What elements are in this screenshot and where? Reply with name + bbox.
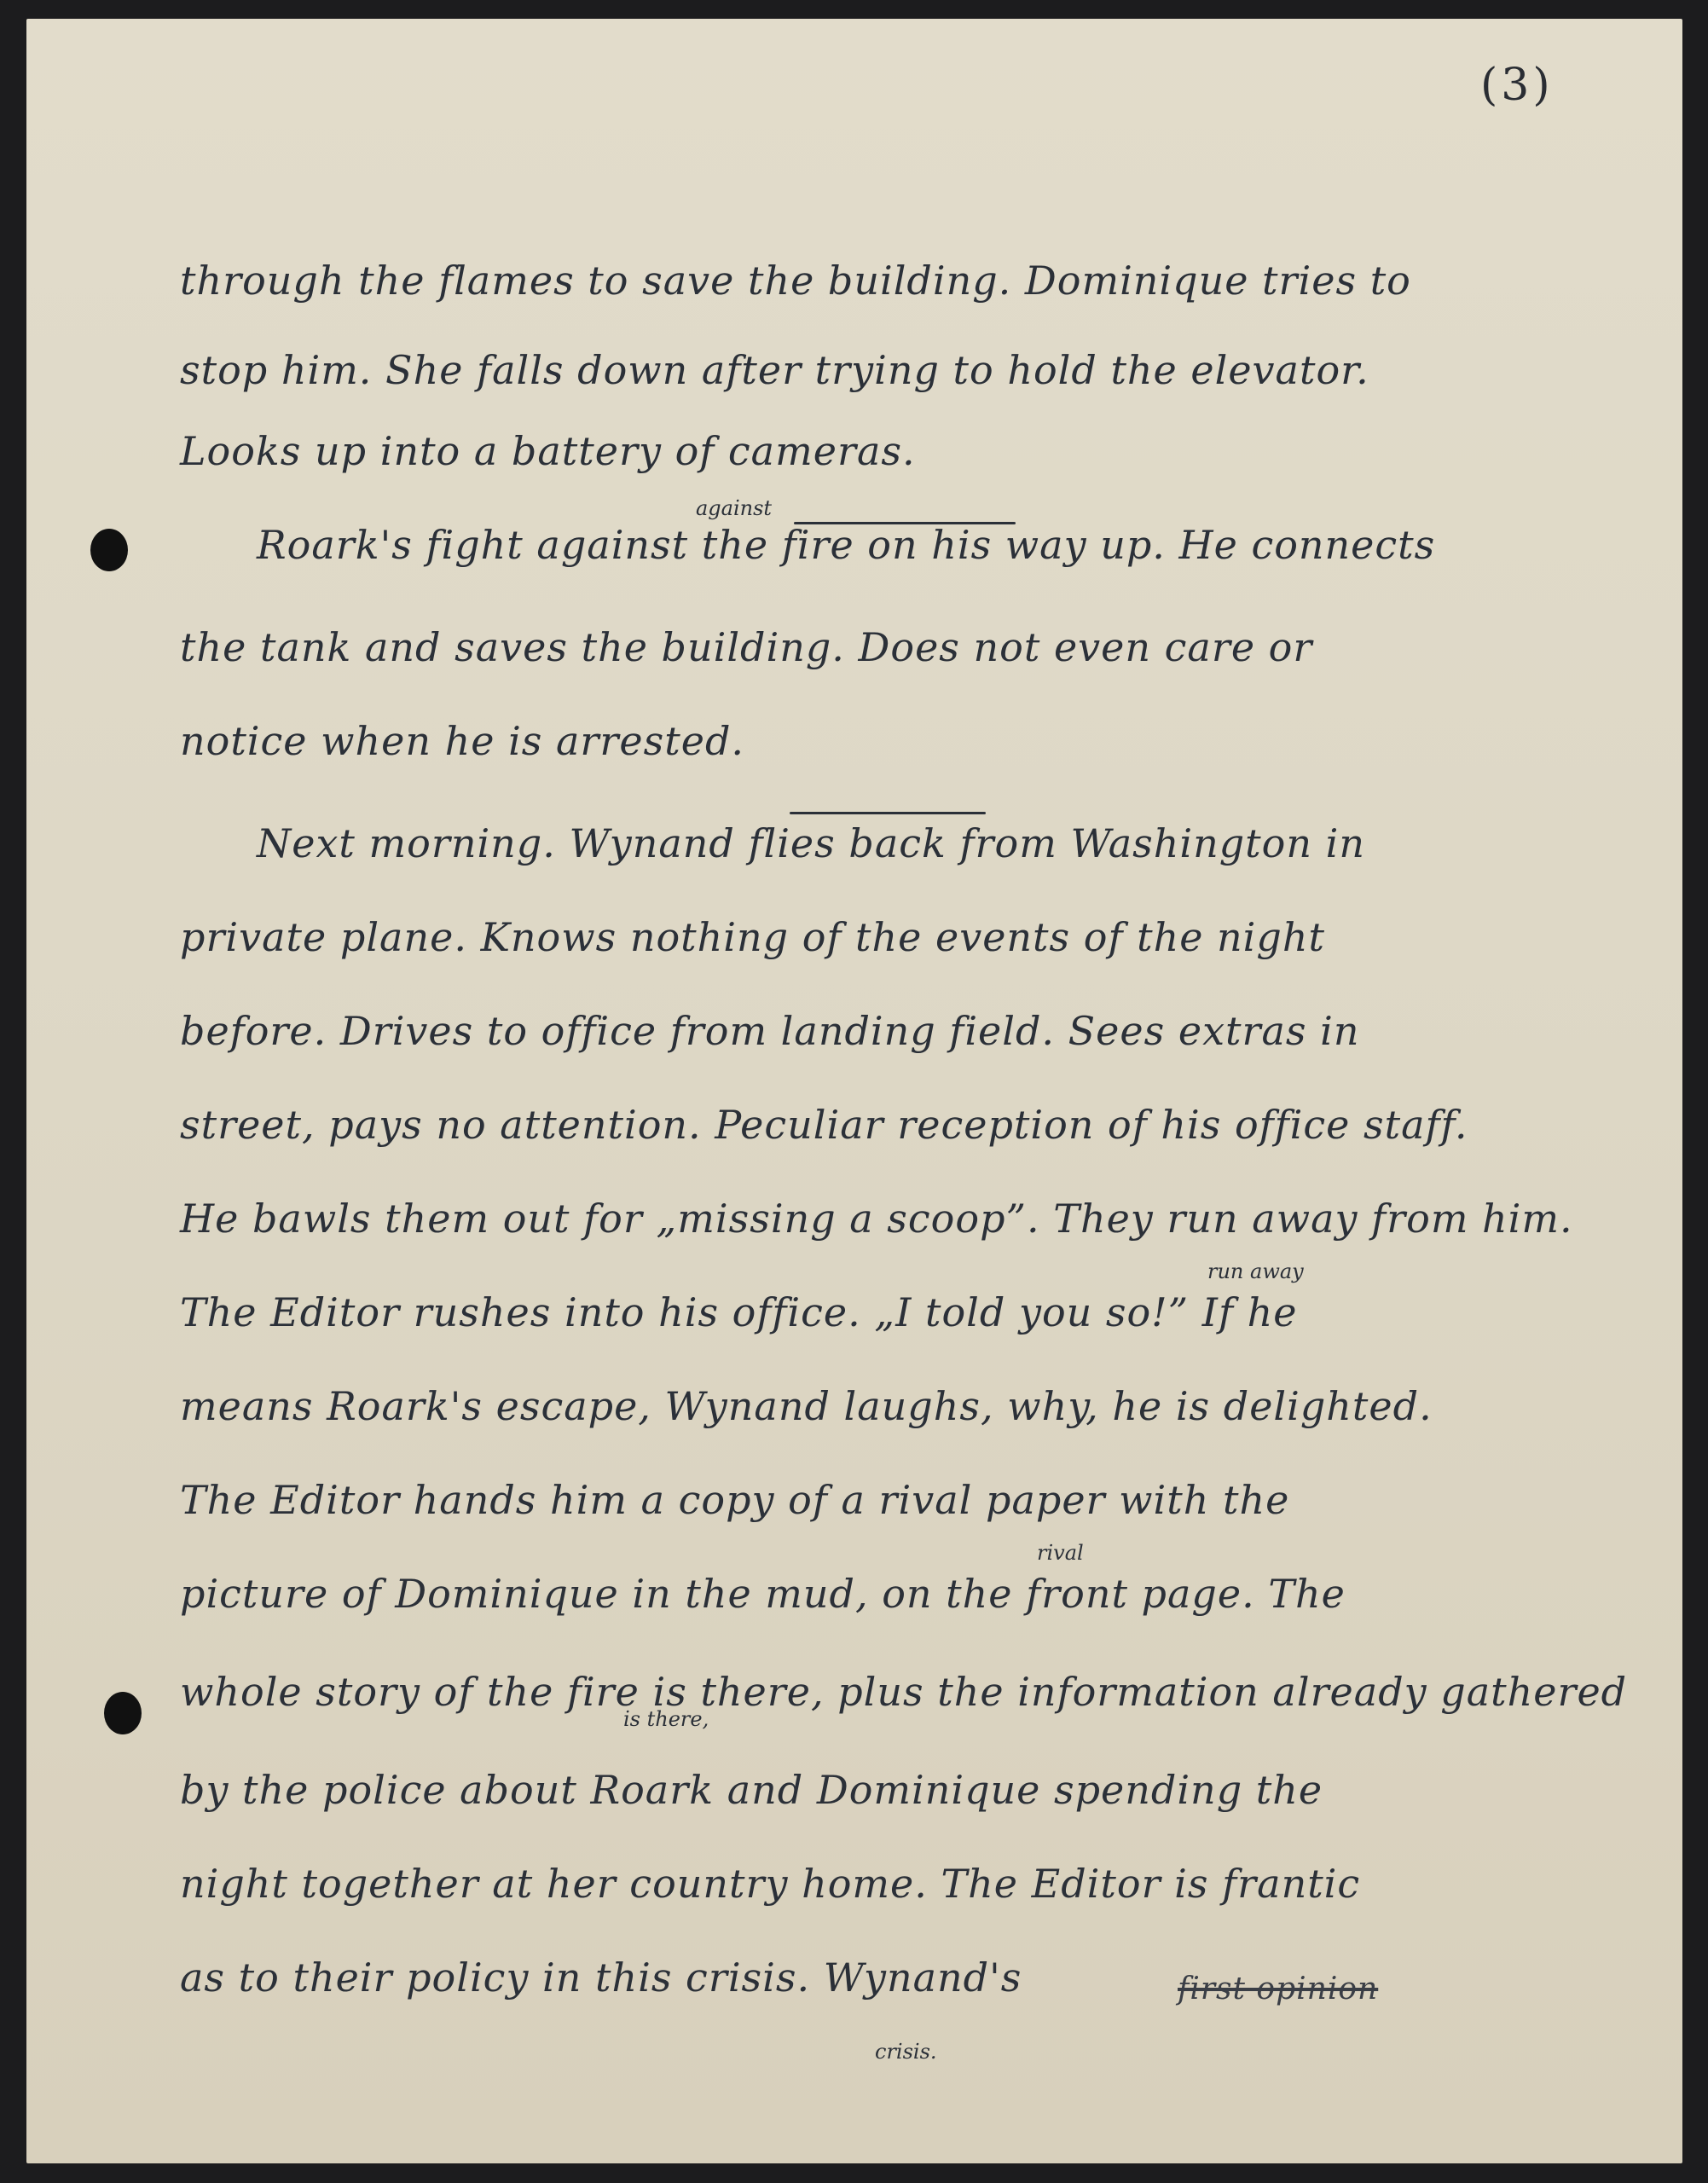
insert-run-away: run away [1207, 1259, 1304, 1283]
struck-text-end: first opinion [1178, 1972, 1378, 2006]
text-line-6: notice when he is arrested. [180, 718, 1630, 764]
text-line-9: before. Drives to office from landing fi… [180, 1008, 1630, 1054]
insert-crisis: crisis. [875, 2040, 937, 2064]
insert-against: against [696, 496, 772, 520]
text-line-3: Looks up into a battery of cameras. [180, 428, 1630, 474]
text-line-14: The Editor hands him a copy of a rival p… [180, 1477, 1630, 1523]
text-line-4: Roark's fight against the fire on his wa… [257, 522, 1706, 568]
text-line-19: as to their policy in this crisis. Wynan… [180, 1954, 1630, 2001]
text-line-13: means Roark's escape, Wynand laughs, why… [180, 1383, 1630, 1429]
insert-rival: rival [1037, 1541, 1084, 1565]
text-line-11: He bawls them out for „missing a scoop”.… [180, 1196, 1630, 1242]
text-line-1: through the flames to save the building.… [180, 258, 1630, 304]
text-line-5: the tank and saves the building. Does no… [180, 624, 1630, 670]
page-number: (3) [1480, 60, 1554, 111]
text-line-2: stop him. She falls down after trying to… [180, 347, 1630, 393]
punch-hole-top [90, 529, 128, 571]
text-line-16: whole story of the fire is there, plus t… [180, 1669, 1630, 1715]
text-line-18: night together at her country home. The … [180, 1861, 1630, 1907]
text-line-15: picture of Dominique in the mud, on the … [180, 1571, 1630, 1617]
text-line-17: by the police about Roark and Dominique … [180, 1767, 1630, 1813]
text-line-12: The Editor rushes into his office. „I to… [180, 1289, 1630, 1335]
underline-arrested [790, 812, 986, 814]
manuscript-page: (3) against run away rival is there, cri… [26, 19, 1682, 2163]
text-line-8: private plane. Knows nothing of the even… [180, 914, 1630, 960]
text-line-7: Next morning. Wynand flies back from Was… [257, 820, 1706, 866]
text-line-10: street, pays no attention. Peculiar rece… [180, 1102, 1630, 1148]
punch-hole-bottom [104, 1692, 142, 1734]
